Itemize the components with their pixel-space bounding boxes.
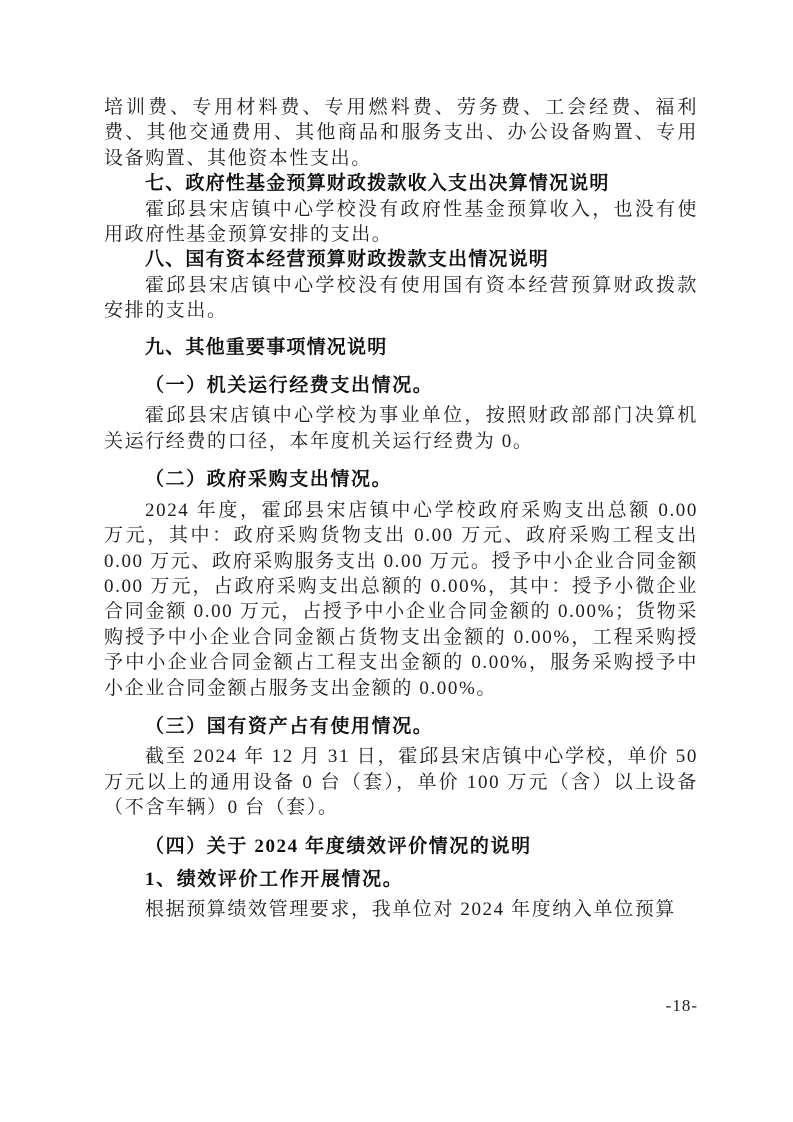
paragraph-state-capital: 霍邱县宋店镇中心学校没有使用国有资本经营预算财政拨款安排的支出。: [104, 273, 698, 324]
heading-sub-two-procurement: （二）政府采购支出情况。: [104, 467, 698, 492]
heading-section-seven-gov-fund: 七、政府性基金预算财政拨款收入支出决算情况说明: [104, 171, 698, 196]
heading-sub-one-operating-expense: （一）机关运行经费支出情况。: [104, 373, 698, 398]
page-number: -18-: [104, 995, 698, 1017]
document-page: 培训费、专用材料费、专用燃料费、劳务费、工会经费、福利费、其他交通费用、其他商品…: [0, 0, 793, 1122]
paragraph-gov-procurement: 2024 年度，霍邱县宋店镇中心学校政府采购支出总额 0.00 万元，其中：政府…: [104, 498, 698, 701]
heading-sub-four-performance-evaluation: （四）关于 2024 年度绩效评价情况的说明: [104, 834, 698, 859]
paragraph-state-assets: 截至 2024 年 12 月 31 日，霍邱县宋店镇中心学校，单价 50 万元以…: [104, 744, 698, 820]
paragraph-performance-intro: 根据预算绩效管理要求，我单位对 2024 年度纳入单位预算: [104, 897, 698, 922]
paragraph-expense-categories: 培训费、专用材料费、专用燃料费、劳务费、工会经费、福利费、其他交通费用、其他商品…: [104, 95, 698, 171]
heading-section-nine-other-matters: 九、其他重要事项情况说明: [104, 335, 698, 360]
document-content: 培训费、专用材料费、专用燃料费、劳务费、工会经费、福利费、其他交通费用、其他商品…: [104, 95, 698, 923]
paragraph-operating-expense: 霍邱县宋店镇中心学校为事业单位，按照财政部部门决算机关运行经费的口径，本年度机关…: [104, 403, 698, 454]
paragraph-gov-fund-budget: 霍邱县宋店镇中心学校没有政府性基金预算收入，也没有使用政府性基金预算安排的支出。: [104, 197, 698, 248]
heading-section-eight-state-capital: 八、国有资本经营预算财政拨款支出情况说明: [104, 247, 698, 272]
heading-performance-work: 1、绩效评价工作开展情况。: [104, 867, 698, 892]
heading-sub-three-state-assets: （三）国有资产占有使用情况。: [104, 714, 698, 739]
